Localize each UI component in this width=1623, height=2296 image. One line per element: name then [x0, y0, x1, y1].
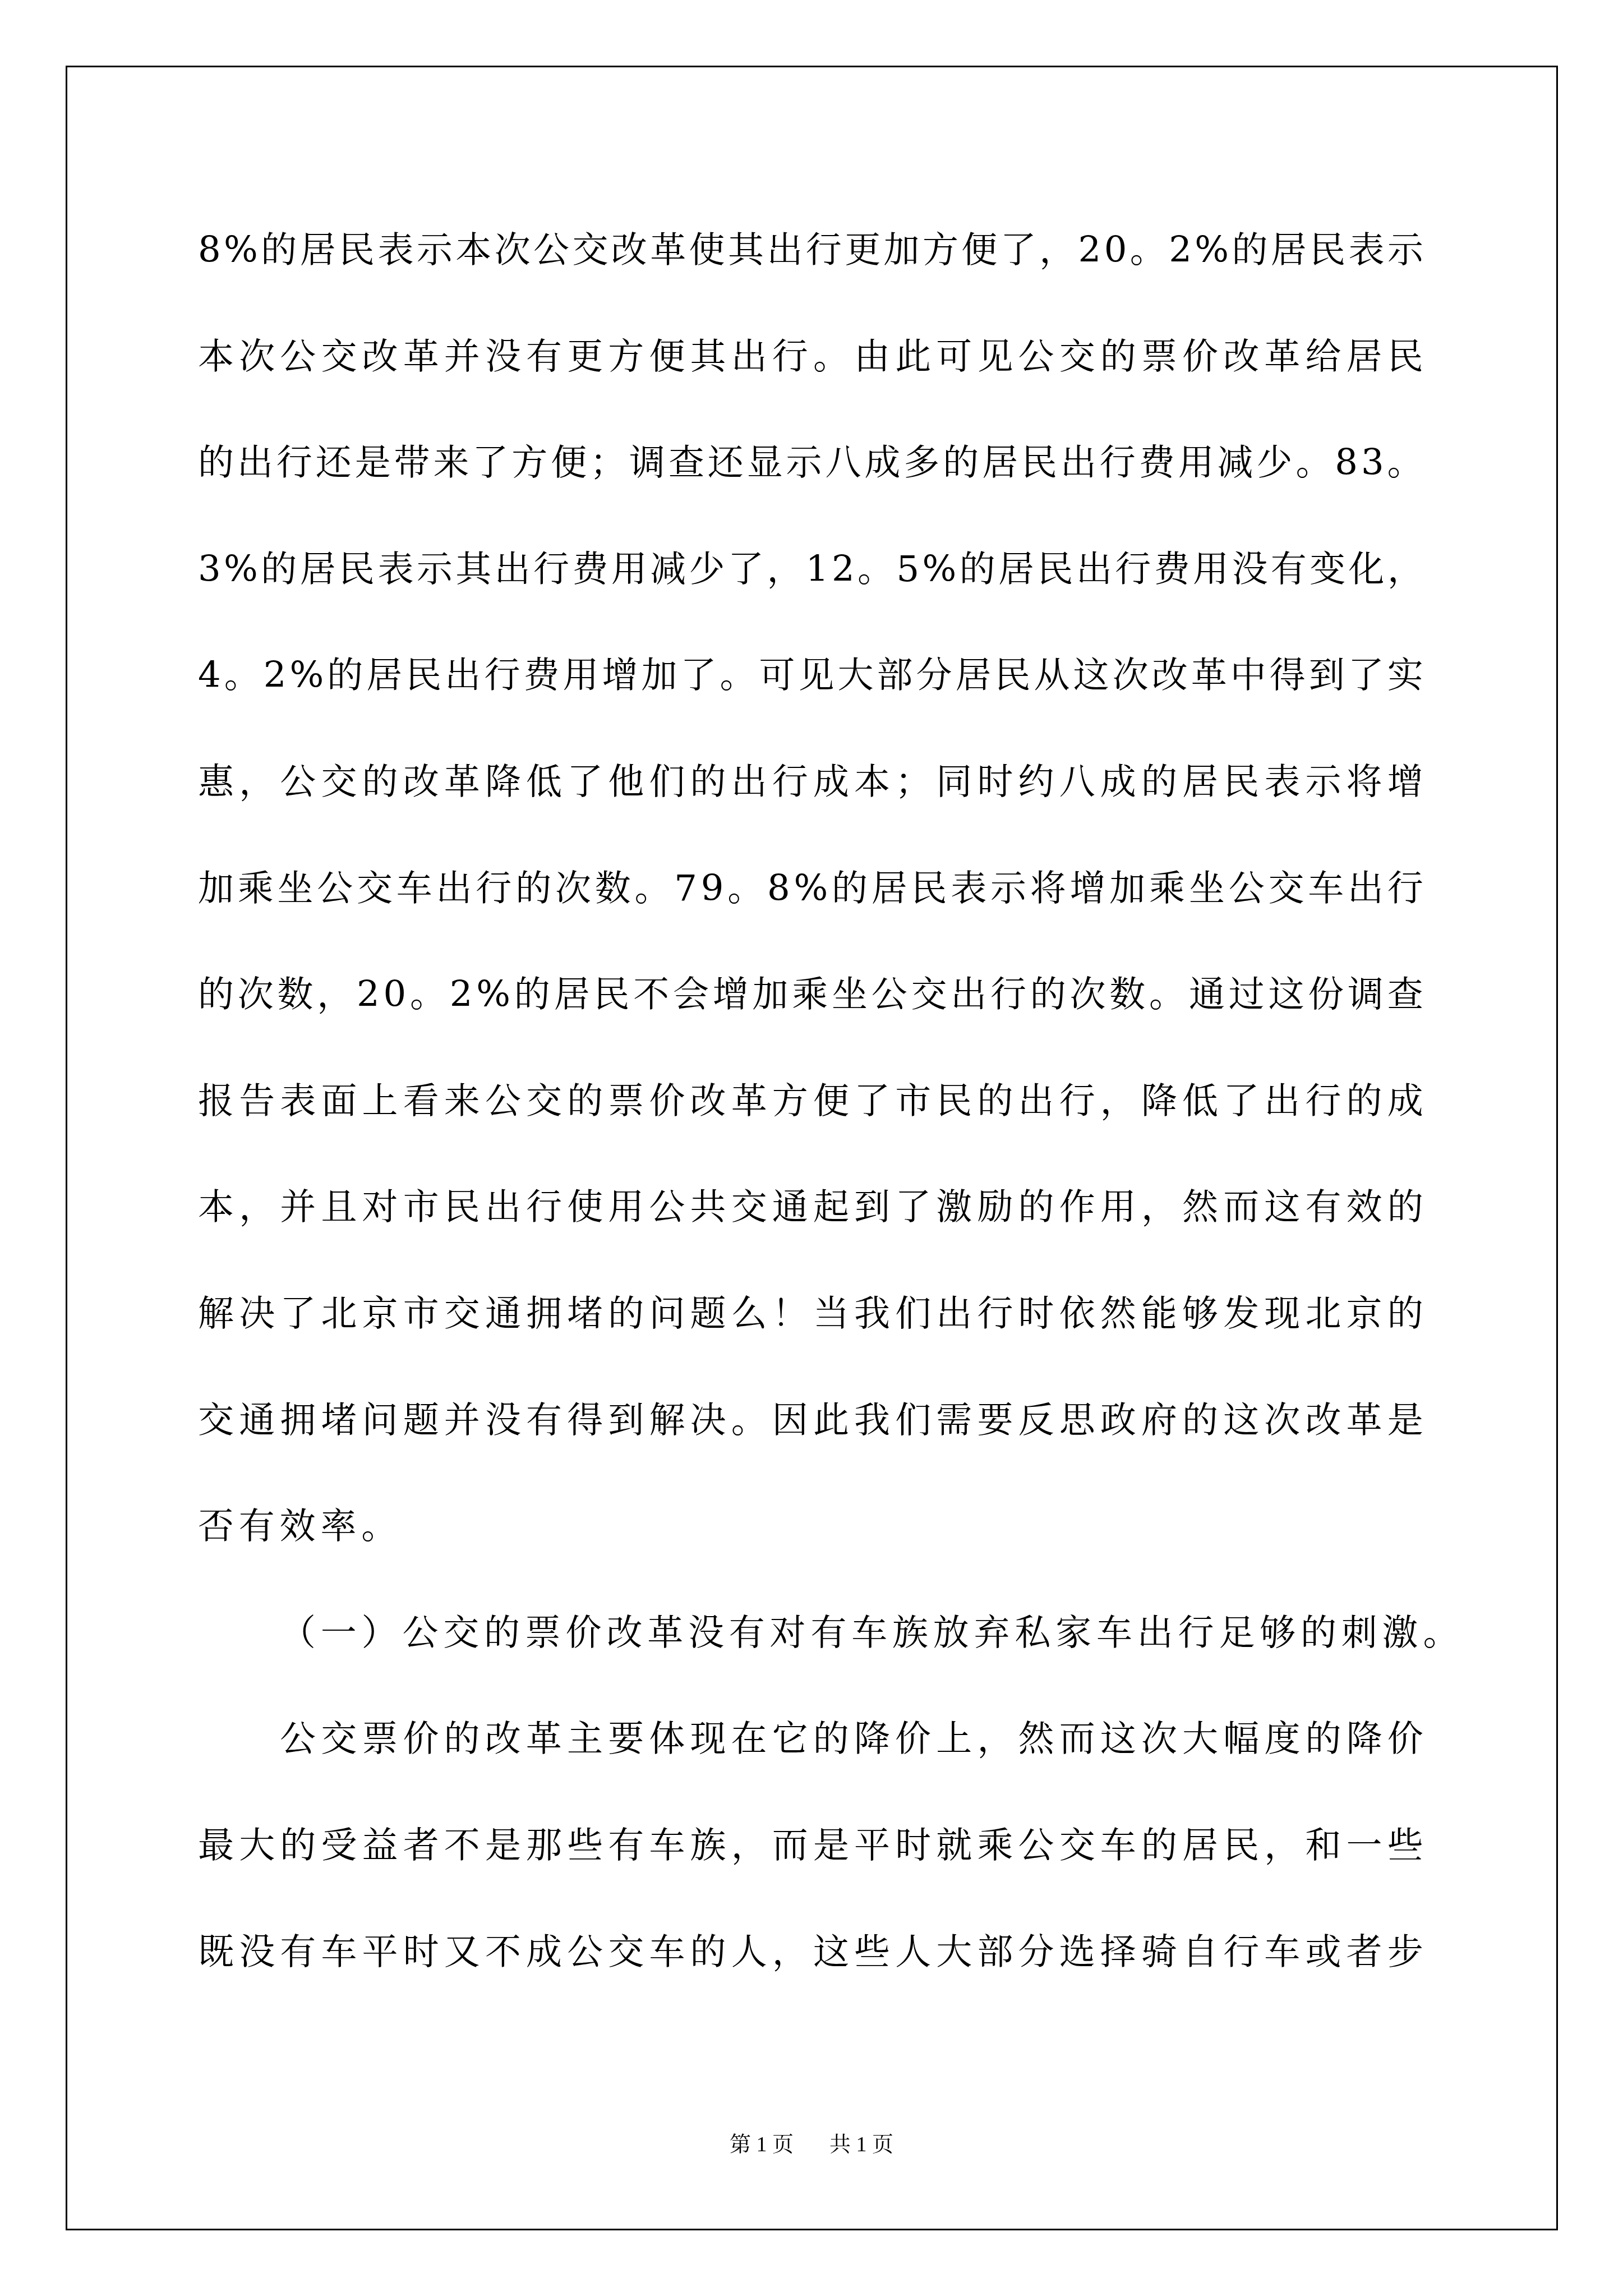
paragraph-line-17: 既没有车平时又不成公交车的人，这些人大部分选择骑自行车或者步 — [198, 1931, 1423, 1973]
paragraph-line-15: 公交票价的改革主要体现在它的降价上，然而这次大幅度的降价 — [198, 1718, 1423, 1760]
paragraph-line-1: 8%的居民表示本次公交改革使其出行更加方便了，20。2%的居民表示 — [198, 229, 1423, 272]
section-heading: （一）公交的票价改革没有对有车族放弃私家车出行足够的刺激。 — [198, 1612, 1423, 1654]
total-pages-indicator: 共 1 页 — [829, 2133, 893, 2156]
paragraph-line-6: 惠，公交的改革降低了他们的出行成本；同时约八成的居民表示将增 — [198, 761, 1423, 803]
paragraph-line-13: 否有效率。 — [198, 1505, 1423, 1548]
paragraph-line-8: 的次数，20。2%的居民不会增加乘坐公交出行的次数。通过这份调查 — [198, 973, 1423, 1016]
paragraph-line-5: 4。2%的居民出行费用增加了。可见大部分居民从这次改革中得到了实 — [198, 654, 1423, 697]
paragraph-line-12: 交通拥堵问题并没有得到解决。因此我们需要反思政府的这次改革是 — [198, 1399, 1423, 1442]
paragraph-line-4: 3%的居民表示其出行费用减少了，12。5%的居民出行费用没有变化， — [198, 548, 1423, 591]
page-border — [66, 66, 1558, 2230]
paragraph-line-3: 的出行还是带来了方便；调查还显示八成多的居民出行费用减少。83。 — [198, 441, 1423, 484]
paragraph-line-9: 报告表面上看来公交的票价改革方便了市民的出行，降低了出行的成 — [198, 1080, 1423, 1122]
current-page-indicator: 第 1 页 — [730, 2133, 794, 2156]
paragraph-line-2: 本次公交改革并没有更方便其出行。由此可见公交的票价改革给居民 — [198, 335, 1423, 378]
paragraph-line-11: 解决了北京市交通拥堵的问题么！当我们出行时依然能够发现北京的 — [198, 1292, 1423, 1335]
paragraph-line-10: 本，并且对市民出行使用公共交通起到了激励的作用，然而这有效的 — [198, 1186, 1423, 1228]
paragraph-line-16: 最大的受益者不是那些有车族，而是平时就乘公交车的居民，和一些 — [198, 1824, 1423, 1867]
page-footer: 第 1 页共 1 页 — [0, 2132, 1623, 2157]
paragraph-line-7: 加乘坐公交车出行的次数。79。8%的居民表示将增加乘坐公交车出行 — [198, 867, 1423, 910]
